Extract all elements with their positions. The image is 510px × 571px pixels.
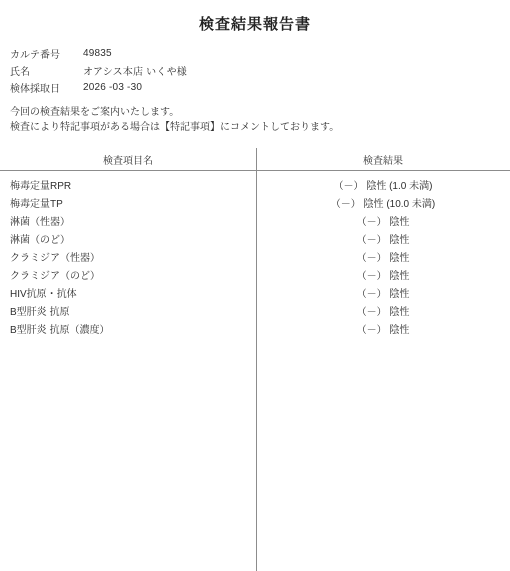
page-title: 検査結果報告書 (0, 0, 510, 34)
test-result-cell: （－） 陰性 (256, 231, 510, 246)
table-row: HIV抗原・抗体 （－） 陰性 (0, 283, 510, 301)
table-body: 梅毒定量RPR （－） 陰性 (1.0 未満) 梅毒定量TP （－） 陰性 (1… (0, 171, 510, 337)
test-name-cell: クラミジア（性器） (0, 249, 256, 264)
test-result-cell: （－） 陰性 (256, 303, 510, 318)
table-row: 淋菌（性器） （－） 陰性 (0, 211, 510, 229)
test-result-cell: （－） 陰性 (256, 213, 510, 228)
test-name-cell: 梅毒定量TP (0, 195, 256, 210)
test-result-report-page: 検査結果報告書 カルテ番号 49835 氏名 オアシス本店 いくや様 検体採取日… (0, 0, 510, 571)
chart-number-label: カルテ番号 (10, 46, 83, 61)
intro-text-block: 今回の検査結果をご案内いたします。 検査により特記事項がある場合は【特記事項】に… (0, 105, 510, 135)
table-row: クラミジア（のど） （－） 陰性 (0, 265, 510, 283)
info-row-chart-number: カルテ番号 49835 (10, 45, 510, 62)
test-result-cell: （－） 陰性 (1.0 未満) (256, 177, 510, 192)
column-divider-line (256, 148, 257, 571)
collection-date-value: 2026 -03 -30 (83, 82, 142, 93)
table-row: B型肝炎 抗原（濃度） （－） 陰性 (0, 319, 510, 337)
test-name-cell: B型肝炎 抗原（濃度） (0, 321, 256, 336)
chart-number-value: 49835 (83, 48, 112, 59)
patient-name-label: 氏名 (10, 63, 83, 78)
test-name-cell: 梅毒定量RPR (0, 177, 256, 192)
test-result-cell: （－） 陰性 (256, 285, 510, 300)
table-header-row: 検査項目名 検査結果 (0, 148, 510, 171)
info-row-patient-name: 氏名 オアシス本店 いくや様 (10, 62, 510, 79)
results-table: 検査項目名 検査結果 梅毒定量RPR （－） 陰性 (1.0 未満) 梅毒定量T… (0, 148, 510, 571)
table-row: 淋菌（のど） （－） 陰性 (0, 229, 510, 247)
test-result-cell: （－） 陰性 (256, 267, 510, 282)
table-row: B型肝炎 抗原 （－） 陰性 (0, 301, 510, 319)
test-name-cell: クラミジア（のど） (0, 267, 256, 282)
test-name-cell: B型肝炎 抗原 (0, 303, 256, 318)
info-row-collection-date: 検体採取日 2026 -03 -30 (10, 79, 510, 96)
column-header-test-name: 検査項目名 (0, 152, 256, 167)
table-row: クラミジア（性器） （－） 陰性 (0, 247, 510, 265)
test-name-cell: 淋菌（のど） (0, 231, 256, 246)
test-name-cell: HIV抗原・抗体 (0, 285, 256, 300)
intro-line-2: 検査により特記事項がある場合は【特記事項】にコメントしております。 (10, 120, 510, 135)
test-result-cell: （－） 陰性 (10.0 未満) (256, 195, 510, 210)
test-result-cell: （－） 陰性 (256, 249, 510, 264)
intro-line-1: 今回の検査結果をご案内いたします。 (10, 105, 510, 120)
test-result-cell: （－） 陰性 (256, 321, 510, 336)
patient-info-block: カルテ番号 49835 氏名 オアシス本店 いくや様 検体採取日 2026 -0… (0, 45, 510, 96)
table-row: 梅毒定量RPR （－） 陰性 (1.0 未満) (0, 175, 510, 193)
test-name-cell: 淋菌（性器） (0, 213, 256, 228)
table-row: 梅毒定量TP （－） 陰性 (10.0 未満) (0, 193, 510, 211)
collection-date-label: 検体採取日 (10, 80, 83, 95)
patient-name-value: オアシス本店 いくや様 (83, 63, 187, 78)
column-header-test-result: 検査結果 (256, 152, 510, 167)
